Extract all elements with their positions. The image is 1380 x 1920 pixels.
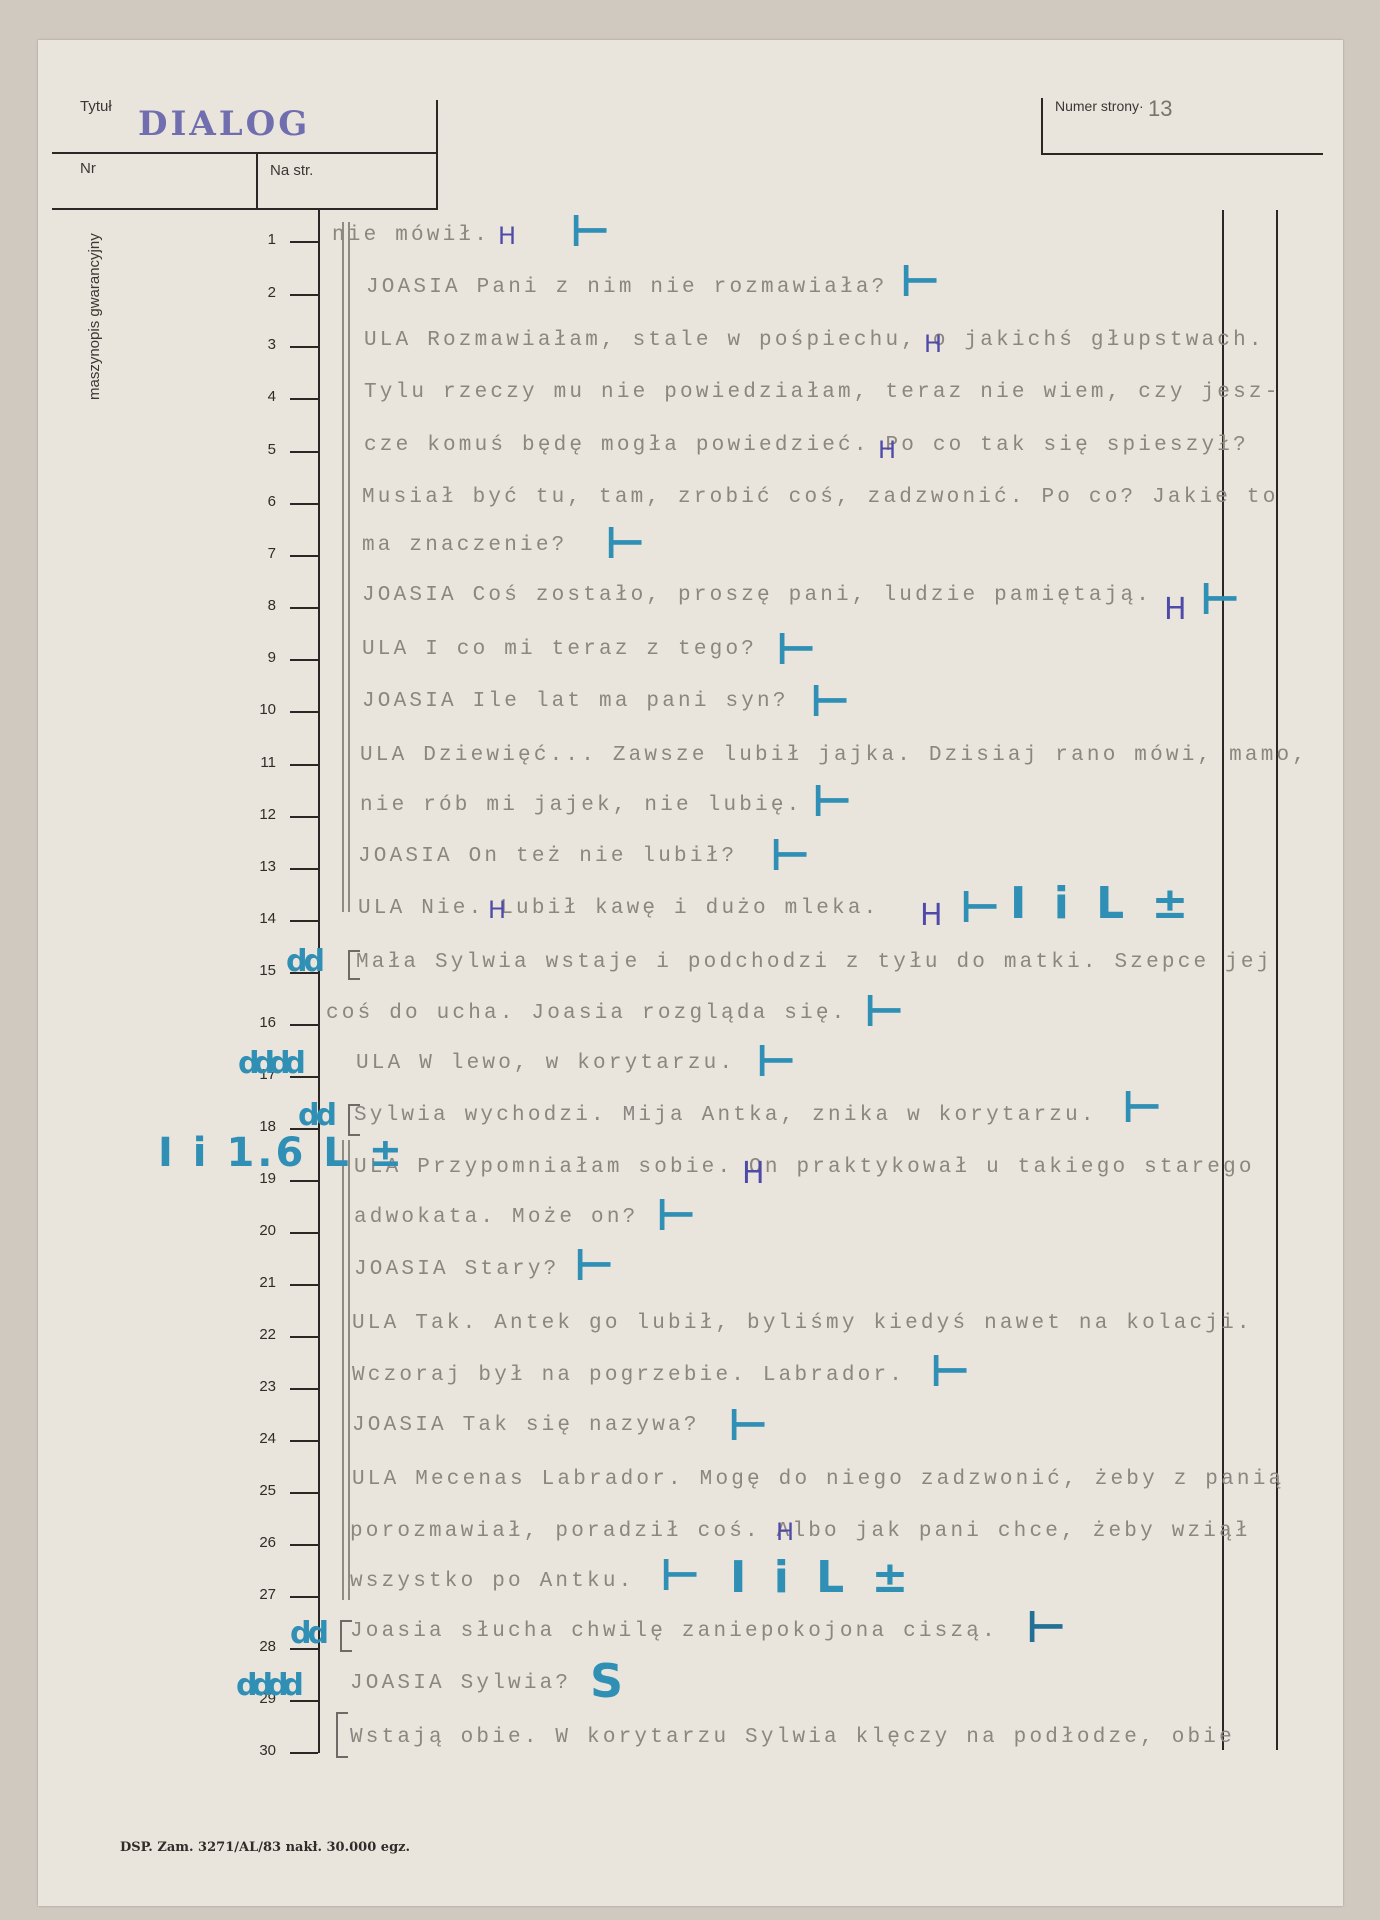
stage-direction: Joasia słucha chwilę zaniepokojona ciszą… [350,1620,998,1643]
pause-mark-icon: H [488,896,506,924]
text-line: ULA Mecenas Labrador. Mogę do niego zadz… [352,1468,1284,1491]
page-number-value: 13 [1148,96,1172,122]
line-number: 15 [226,962,276,979]
cut-mark-icon: ⊢ [656,1190,696,1241]
cut-mark-icon: ⊢ [812,776,852,827]
text-line: JOASIA Ile lat ma pani syn? [362,690,789,713]
header-box-right-border [436,100,438,210]
na-str-label: Na str. [270,162,313,179]
title-label: Tytuł [80,98,112,115]
ruler-tick [290,398,318,400]
edit-bar [348,222,350,912]
cut-mark-icon: ⊢ [864,986,904,1037]
line-number: 26 [226,1534,276,1551]
cut-mark-icon: ⊢ [1200,574,1240,625]
stage-direction: coś do ucha. Joasia rozgląda się. [326,1002,847,1025]
text-line: Tylu rzeczy mu nie powiedziałam, teraz n… [364,381,1281,404]
ruler-tick [290,1024,318,1026]
text-line: ULA I co mi teraz z tego? [362,638,757,661]
line-number: 11 [226,754,276,771]
line-number: 3 [226,336,276,353]
header-box-bottom [52,208,438,210]
text-line: JOASIA On też nie lubił? [358,845,737,868]
line-number: 23 [226,1378,276,1395]
sound-mark-annotation: S [590,1654,623,1708]
ruler-tick [290,1440,318,1442]
line-number: 1 [226,231,276,248]
ruler-tick [290,241,318,243]
nr-label: Nr [80,160,96,177]
cut-mark-icon: ⊢ [1026,1602,1066,1653]
margin-mark: dddd [236,1668,298,1703]
stage-bracket [348,950,360,980]
cut-mark-icon: ⊢ [900,256,940,307]
text-line: JOASIA Tak się nazywa? [352,1414,700,1437]
line-number: 30 [226,1742,276,1759]
pause-mark-icon: H [776,1518,794,1546]
line-number: 10 [226,701,276,718]
edit-bar [342,1140,344,1600]
line-number: 20 [226,1222,276,1239]
header-divider [52,152,438,154]
ruler-tick [290,1544,318,1546]
text-line: wszystko po Antku. [350,1570,634,1593]
edit-bar [342,222,344,912]
text-line: ULA Dziewięć... Zawsze lubił jajka. Dzis… [360,744,1308,767]
line-number: 4 [226,388,276,405]
pause-mark-icon: H [920,898,943,933]
line-number: 13 [226,858,276,875]
ruler-tick [290,607,318,609]
text-line: JOASIA Sylwia? [350,1672,571,1695]
line-ruler [318,208,320,1753]
ruler-tick [290,659,318,661]
ruler-tick [290,1284,318,1286]
text-line: porozmawiał, poradził coś. Albo jak pani… [350,1520,1251,1543]
text-line: ULA Nie. Lubił kawę i dużo mleka. [358,897,879,920]
cut-mark-icon: ⊢ [574,1240,614,1291]
pause-mark-icon: H [498,222,516,250]
pause-mark-icon: H [742,1156,765,1191]
text-line: JOASIA Stary? [354,1258,559,1281]
cut-mark-icon: ⊢ [930,1346,970,1397]
ruler-tick [290,920,318,922]
ruler-tick [290,451,318,453]
line-number: 21 [226,1274,276,1291]
title-stamp: DIALOG [138,104,310,144]
stage-bracket [340,1620,352,1652]
cut-mark-icon: ⊢ [810,676,850,727]
ruler-tick [290,346,318,348]
cut-mark-icon: ⊢ [728,1400,768,1451]
margin-mark: dddd [238,1046,300,1081]
cut-mark-icon: ⊢ [756,1036,796,1087]
stage-direction: Mała Sylwia wstaje i podchodzi z tyłu do… [356,951,1273,974]
ruler-tick [290,1752,318,1754]
text-line: JOASIA Pani z nim nie rozmawiała? [366,276,887,299]
line-number: 14 [226,910,276,927]
text-line: adwokata. Może on? [354,1206,638,1229]
pause-mark-icon: H [924,330,942,358]
right-margin-line-2 [1276,210,1278,1750]
cut-mark-icon: ⊢ [660,1550,700,1601]
ruler-tick [290,764,318,766]
cut-mark-icon: ⊢ [570,206,610,257]
printer-imprint: DSP. Zam. 3271/AL/83 nakł. 30.000 egz. [120,1840,410,1855]
ruler-tick [290,1336,318,1338]
page-box-bottom [1041,153,1323,155]
stage-bracket [336,1712,348,1758]
ruler-tick [290,1388,318,1390]
page-box-left-border [1041,98,1043,154]
ruler-tick [290,1596,318,1598]
cut-mark-icon: ⊢ [605,518,645,569]
shot-code-annotation: I i L ± [730,1552,914,1603]
header-box-mid-border [256,152,258,210]
cut-mark-icon: ⊢ [770,830,810,881]
text-line: JOASIA Coś zostało, proszę pani, ludzie … [362,584,1152,607]
ruler-tick [290,294,318,296]
ruler-tick [290,555,318,557]
text-line: ULA Rozmawiałam, stale w pośpiechu, o ja… [364,329,1265,352]
text-line: nie rób mi jajek, nie lubię. [360,794,802,817]
ruler-tick [290,503,318,505]
text-line: Wczoraj był na pogrzebie. Labrador. [352,1364,905,1387]
line-number: 6 [226,493,276,510]
line-number: 7 [226,545,276,562]
line-number: 24 [226,1430,276,1447]
ruler-tick [290,1232,318,1234]
shot-code-annotation: I i L ± [1010,878,1194,929]
line-number: 28 [226,1638,276,1655]
pause-mark-icon: H [1164,592,1187,627]
cut-mark-icon: ⊢ [960,882,1000,933]
line-number: 2 [226,284,276,301]
line-number: 27 [226,1586,276,1603]
text-line: ULA W lewo, w korytarzu. [356,1052,735,1075]
margin-mark: dd [286,944,321,979]
text-line: ma znaczenie? [362,534,567,557]
line-number: 9 [226,649,276,666]
text-line: nie mówił. [332,224,490,247]
ruler-tick [290,1180,318,1182]
text-line: cze komuś będę mogła powiedzieć. Po co t… [364,434,1249,457]
margin-label: maszynopis gwarancyjny [86,233,103,400]
ruler-tick [290,711,318,713]
line-number: 5 [226,441,276,458]
text-line: Musiał być tu, tam, zrobić coś, zadzwoni… [362,486,1279,509]
margin-mark: dd [290,1616,325,1651]
ruler-tick [290,868,318,870]
cut-mark-icon: ⊢ [776,624,816,675]
line-number: 8 [226,597,276,614]
shot-code-annotation: I i 1.6 L ± [158,1130,405,1176]
line-number: 12 [226,806,276,823]
ruler-tick [290,816,318,818]
margin-mark: dd [298,1098,333,1133]
page-number-label: Numer strony· [1055,98,1144,114]
text-line: ULA Tak. Antek go lubił, byliśmy kiedyś … [352,1312,1253,1335]
cut-mark-icon: ⊢ [1122,1082,1162,1133]
line-number: 25 [226,1482,276,1499]
stage-direction: Sylwia wychodzi. Mija Antka, znika w kor… [354,1104,1097,1127]
line-number: 22 [226,1326,276,1343]
line-number: 16 [226,1014,276,1031]
pause-mark-icon: H [878,436,896,464]
ruler-tick [290,1492,318,1494]
stage-direction: Wstają obie. W korytarzu Sylwia klęczy n… [350,1726,1235,1749]
text-line: ULA Przypomniałam sobie. On praktykował … [354,1156,1255,1179]
